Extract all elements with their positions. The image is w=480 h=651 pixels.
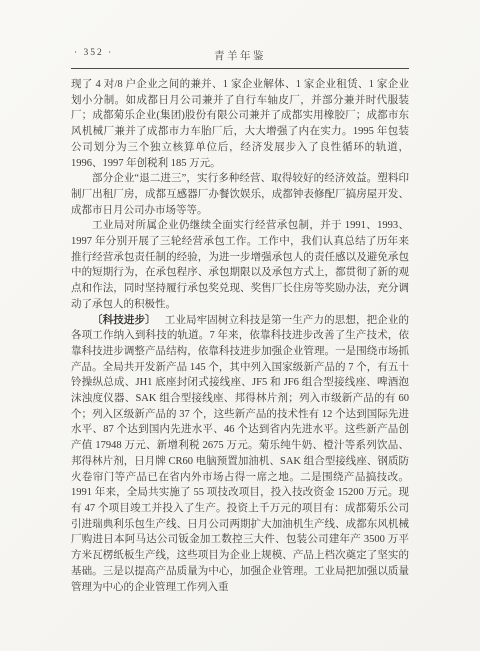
body-text: 现了 4 对/8 户企业之间的兼并、1 家企业解体、1 家企业租赁、1 家企业划… [71,77,409,595]
paragraph-continuation: 现了 4 对/8 户企业之间的兼并、1 家企业解体、1 家企业租赁、1 家企业划… [71,77,409,171]
running-header: · 352 · 青羊年鉴 [71,48,409,69]
page-number: · 352 · [74,48,113,58]
paragraph-text: 工业局牢固树立科技是第一生产力的思想，把企业的各项工作纳入到科技的轨道。7 年来… [71,315,409,593]
book-title: 青羊年鉴 [214,48,266,63]
paragraph: 部分企业“退二进三”，实行多种经营、取得较好的经济效益。塑料印制厂出租厂房，成都… [71,171,409,218]
section-label: 〔科技进步〕 [92,315,156,326]
paragraph: 工业局对所属企业仍继续全面实行经营承包制，并于 1991、1993、1997 年… [71,218,409,312]
scanned-yearbook-page: · 352 · 青羊年鉴 现了 4 对/8 户企业之间的兼并、1 家企业解体、1… [0,0,480,651]
paragraph-science-progress: 〔科技进步〕工业局牢固树立科技是第一生产力的思想，把企业的各项工作纳入到科技的轨… [71,313,409,596]
